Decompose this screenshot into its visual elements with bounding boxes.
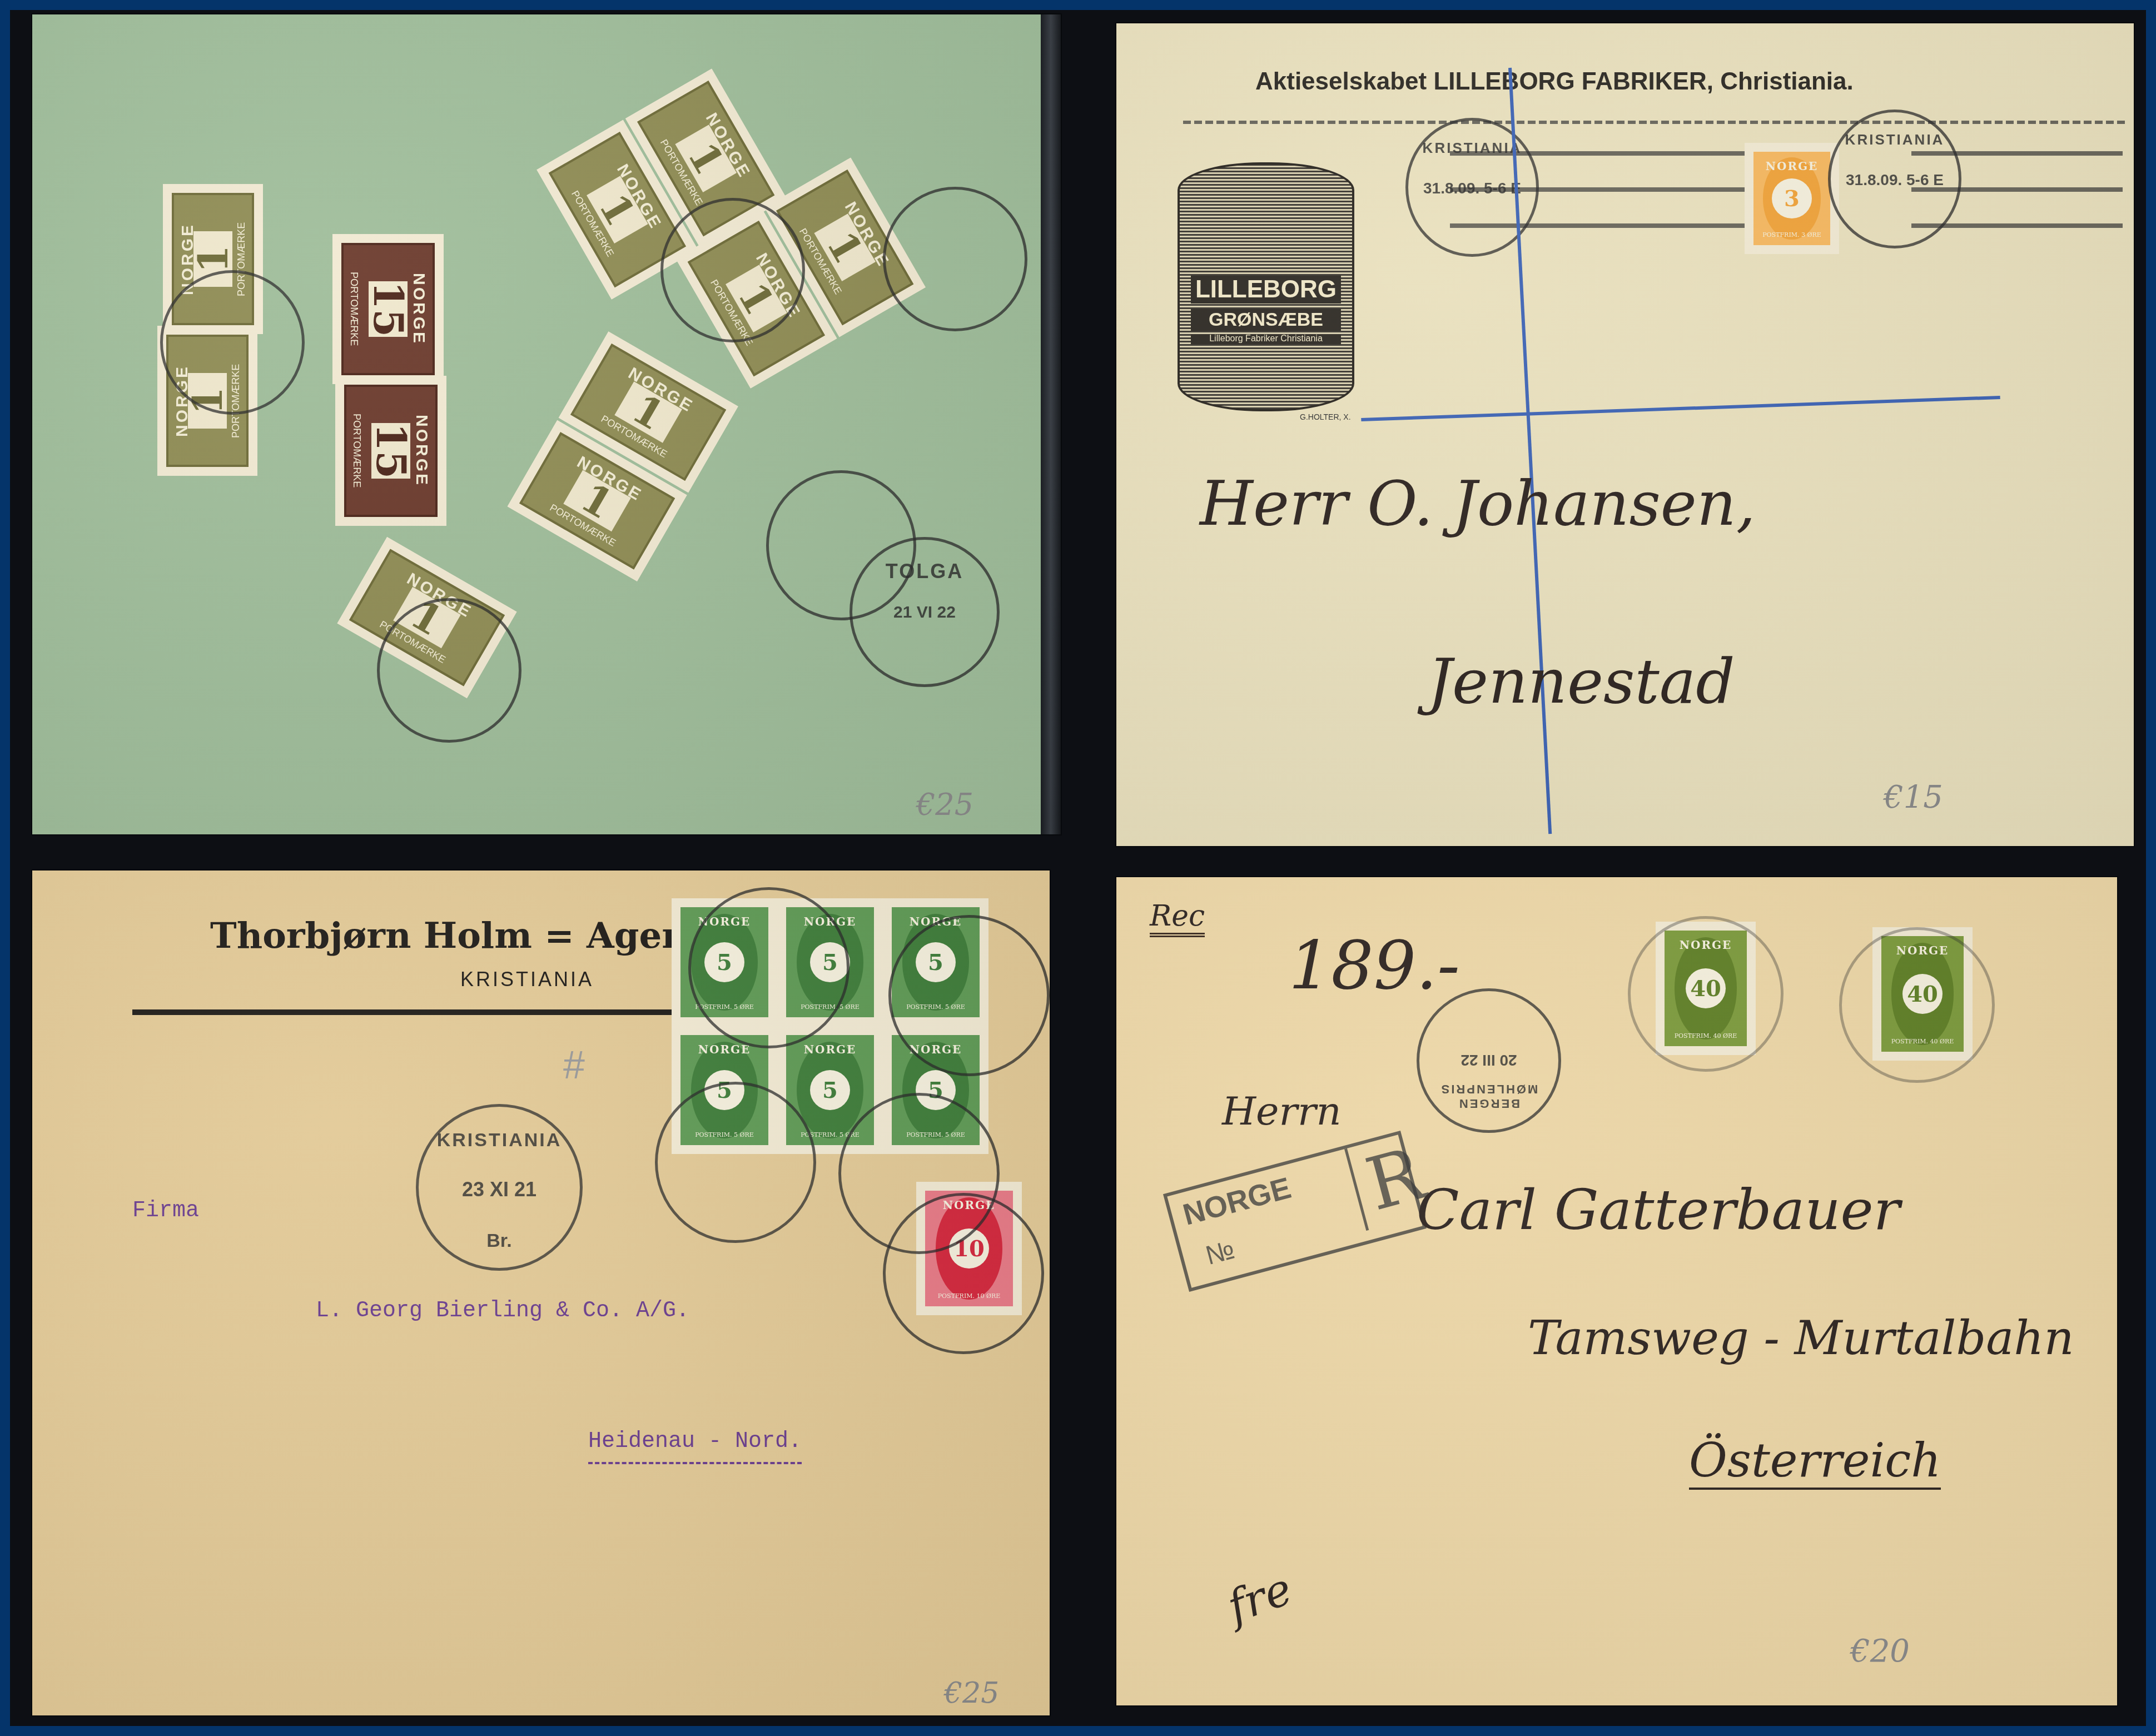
registration-number-label: № <box>1203 1235 1238 1271</box>
postmark <box>160 270 305 415</box>
cover-bergen-austria: Rec 189.- 40NORGEPOSTFRIM. 40 ØRE 40NORG… <box>1116 877 2117 1705</box>
rec-annotation: Rec <box>1150 899 1205 937</box>
postmark <box>660 198 805 342</box>
cover-thorbjorn-holm: Thorbjørn Holm = Agen KRISTIANIA # 5NORG… <box>32 871 1050 1715</box>
registration-country: NORGE <box>1179 1171 1294 1232</box>
letterhead-rule <box>132 1009 688 1015</box>
address-salutation: Herrn <box>1222 1088 1341 1134</box>
postmark <box>655 1082 816 1243</box>
registration-number-handwritten: 189.- <box>1289 927 1460 1004</box>
postage-due-stamp-15-ore: PORTOMÆRKE15NORGE <box>335 376 446 526</box>
address-company: L. Georg Bierling & Co. A/G. <box>316 1299 689 1324</box>
postmark-kristiania: KRISTIANIA 31.8.09. 5-6 E <box>1828 110 1961 248</box>
pencil-grid-mark: # <box>563 1043 585 1087</box>
stamp-pair: PORTOMÆRKE1NORGE PORTOMÆRKE1NORGE <box>507 331 738 582</box>
soap-can-illustration: LILLEBORG GRØNSÆBE Lilleborg Fabriker Ch… <box>1178 162 1354 411</box>
address-line-2: Jennestad <box>1428 646 1735 717</box>
album-page: PORTOMÆRKE1NORGE PORTOMÆRKE1NORGE PORTOM… <box>10 10 2146 1726</box>
postmark-bergen <box>1628 916 1784 1072</box>
machine-cancel-wave <box>1183 121 2128 124</box>
engraver-signature: G.HOLTER, X. <box>1300 412 1351 421</box>
address-firma: Firma <box>132 1198 199 1223</box>
postmark <box>883 1193 1044 1354</box>
cover-postage-due: PORTOMÆRKE1NORGE PORTOMÆRKE1NORGE PORTOM… <box>32 14 1061 834</box>
letterhead: Aktieselskabet LILLEBORG FABRIKER, Chris… <box>1255 68 1854 96</box>
pencil-price-note: €20 <box>1850 1633 1910 1669</box>
pencil-price-note: €25 <box>944 1677 999 1710</box>
cover-lilleborg: Aktieselskabet LILLEBORG FABRIKER, Chris… <box>1116 23 2134 846</box>
can-product: GRØNSÆBE <box>1191 309 1341 331</box>
letterhead-name: Thorbjørn Holm = Agen <box>210 915 688 957</box>
address-town: Tamsweg - Murtalbahn <box>1528 1311 2074 1365</box>
postmark <box>883 187 1027 331</box>
pencil-price-note: €15 <box>1884 779 1943 815</box>
can-brand: LILLEBORG <box>1191 276 1341 304</box>
address-city: Heidenau - Nord. <box>588 1429 802 1464</box>
address-line-1: Herr O. Johansen, <box>1200 468 1756 539</box>
blue-crayon-horizontal <box>1361 396 2000 421</box>
postmark <box>688 887 850 1048</box>
postmark <box>888 915 1050 1076</box>
postmark <box>377 598 521 743</box>
postmark-bergen-mohlenpris: BERGEN MØHLENPRIS 20 III 22 <box>1417 988 1561 1133</box>
sender-signature: fre <box>1221 1563 1299 1633</box>
letterhead-city: KRISTIANIA <box>460 968 594 991</box>
address-country: Österreich <box>1689 1433 1941 1490</box>
postmark-kristiania: KRISTIANIA 23 XI 21 Br. <box>416 1104 583 1271</box>
address-name: Carl Gatterbauer <box>1417 1177 1900 1242</box>
album-sleeve-edge <box>1041 14 1061 834</box>
postmark-bergen <box>1839 927 1995 1083</box>
pencil-price-note: €25 <box>916 787 973 822</box>
postmark-tolga: TOLGA 21 VI 22 <box>850 537 1000 687</box>
registration-label-box: NORGE № R <box>1163 1131 1427 1292</box>
can-maker-line: Lilleborg Fabriker Christiania <box>1191 334 1341 344</box>
posthorn-stamp-3-ore: 3 NORGEPOSTFRIM. 3 ØRE <box>1745 143 1839 254</box>
postage-due-stamp-15-ore: PORTOMÆRKE15NORGE <box>332 234 444 384</box>
